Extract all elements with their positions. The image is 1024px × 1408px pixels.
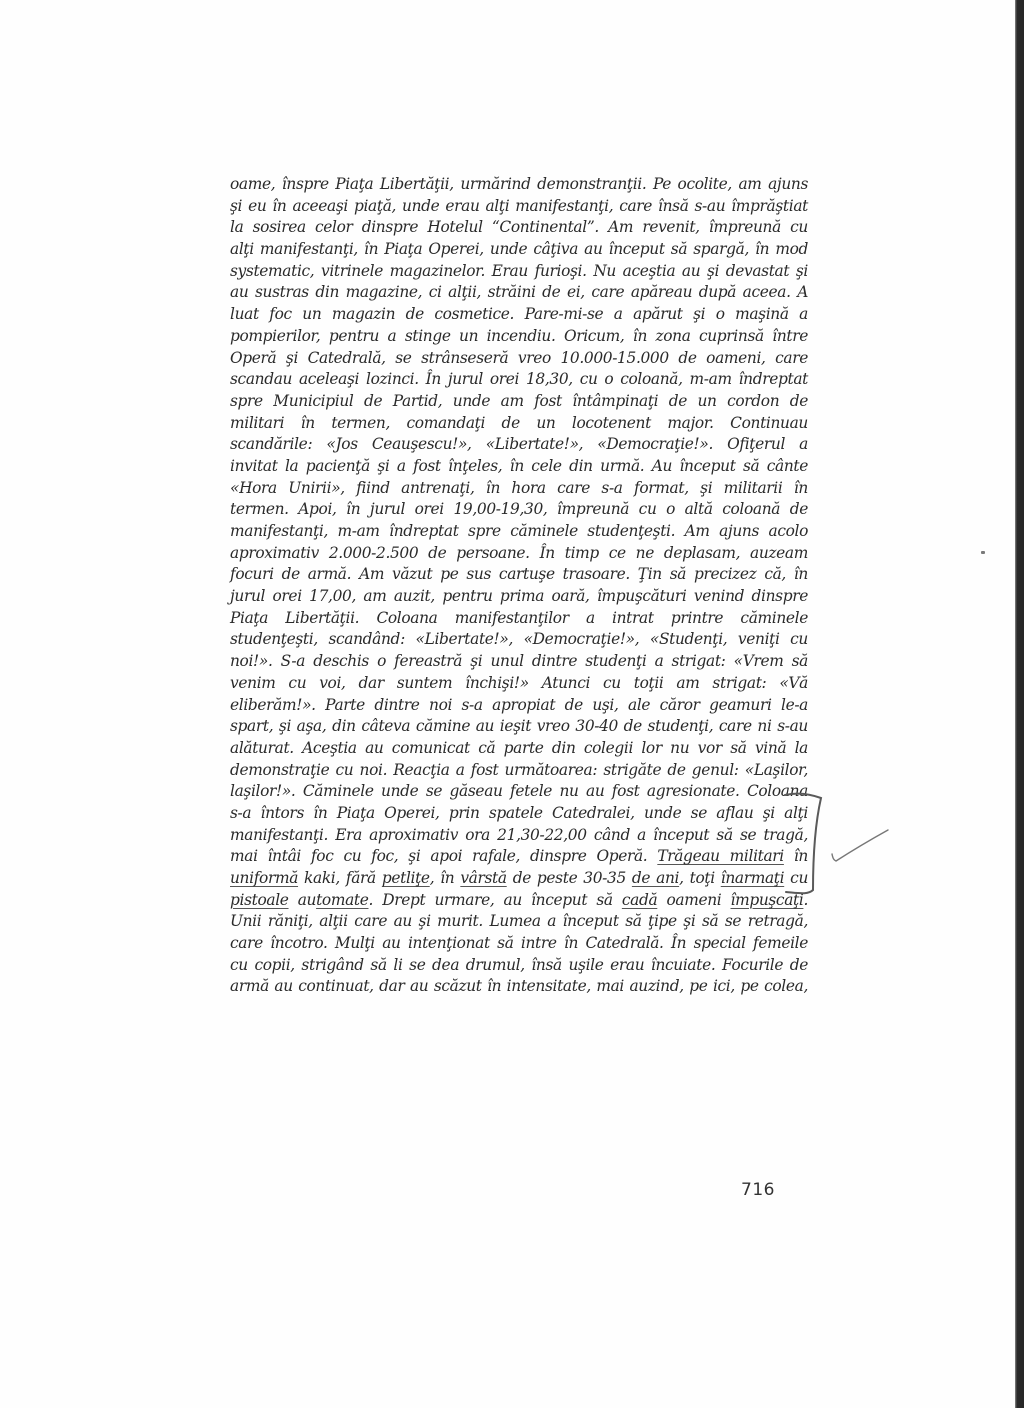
text-line: venim cu voi, dar suntem închişi!» Atunc…: [230, 673, 808, 695]
text-line: studenţeşti, scandând: «Libertate!», «De…: [230, 629, 808, 651]
handwritten-underline: petliţe: [382, 869, 430, 887]
text-line: oame, înspre Piaţa Libertăţii, urmărind …: [230, 174, 808, 196]
text-line: alăturat. Aceştia au comunicat că parte …: [230, 738, 808, 760]
handwritten-checkmark-icon: [832, 830, 888, 861]
text-line: focuri de armă. Am văzut pe sus cartuşe …: [230, 564, 808, 586]
text-line: «Hora Unirii», fiind antrenaţi, în hora …: [230, 478, 808, 500]
text-line: luat foc un magazin de cosmetice. Pare-m…: [230, 304, 808, 326]
text-line: care încotro. Mulţi au intenţionat să in…: [230, 933, 808, 955]
handwritten-underline: înarmaţi: [721, 869, 784, 887]
text-line: la sosirea celor dinspre Hotelul “Contin…: [230, 217, 808, 239]
handwritten-underline: vârstă: [460, 869, 506, 887]
text-line: manifestanţi. Era aproximativ ora 21,30-…: [230, 825, 808, 847]
handwritten-underline: Trăgeau militari: [657, 847, 784, 865]
handwritten-underline: de ani: [632, 869, 679, 887]
text-line: termen. Apoi, în jurul orei 19,00-19,30,…: [230, 499, 808, 521]
text-line: noi!». S-a deschis o fereastră şi unul d…: [230, 651, 808, 673]
text-line: cu copii, strigând să li se dea drumul, …: [230, 955, 808, 977]
text-line: pompierilor, pentru a stinge un incendiu…: [230, 326, 808, 348]
handwritten-underline: cadă: [622, 891, 657, 909]
text-line: systematic, vitrinele magazinelor. Erau …: [230, 261, 808, 283]
text-line: jurul orei 17,00, am auzit, pentru prima…: [230, 586, 808, 608]
text-line: scandau aceleaşi lozinci. În jurul orei …: [230, 369, 808, 391]
handwritten-underline: tomate: [316, 891, 368, 909]
text-line: au sustras din magazine, ci alţii, străi…: [230, 282, 808, 304]
text-line: s-a întors în Piaţa Operei, prin spatele…: [230, 803, 808, 825]
text-line: manifestanţi, m-am îndreptat spre cămine…: [230, 521, 808, 543]
handwritten-underline: pistoale: [230, 891, 289, 909]
scanned-page: oame, înspre Piaţa Libertăţii, urmărind …: [0, 0, 1015, 1408]
text-line: eliberăm!». Parte dintre noi s-a apropia…: [230, 695, 808, 717]
text-line: laşilor!». Căminele unde se găseau fetel…: [230, 781, 808, 803]
text-line: Unii răniţi, alţii care au şi murit. Lum…: [230, 911, 808, 933]
text-line: aproximativ 2.000-2.500 de persoane. În …: [230, 543, 808, 565]
scan-edge-border: [1015, 0, 1024, 1408]
text-line: alţi manifestanţi, în Piaţa Operei, unde…: [230, 239, 808, 261]
text-line-underlined: pistoale automate. Drept urmare, au înce…: [230, 890, 808, 912]
text-line: Piaţa Libertăţii. Coloana manifestanţilo…: [230, 608, 808, 630]
text-line-underlined: mai întâi foc cu foc, şi apoi rafale, di…: [230, 846, 808, 868]
handwritten-bracket-icon: [780, 780, 940, 920]
text-line: demonstraţie cu noi. Reacţia a fost urmă…: [230, 760, 808, 782]
text-line: militari în termen, comandaţi de un loco…: [230, 413, 808, 435]
text-line: scandările: «Jos Ceauşescu!», «Libertate…: [230, 434, 808, 456]
text-line: spart, şi aşa, din câteva cămine au ieşi…: [230, 716, 808, 738]
text-line: Operă şi Catedrală, se strânseseră vreo …: [230, 348, 808, 370]
text-line-underlined: uniformă kaki, fără petliţe, în vârstă d…: [230, 868, 808, 890]
text-line: armă au continuat, dar au scăzut în inte…: [230, 976, 808, 998]
text-line: şi eu în aceeaşi piaţă, unde erau alţi m…: [230, 196, 808, 218]
text-line: spre Municipiul de Partid, unde am fost …: [230, 391, 808, 413]
handwritten-underline: uniformă: [230, 869, 298, 887]
page-number: 716: [741, 1180, 775, 1200]
scan-speck: [981, 551, 985, 554]
body-text: oame, înspre Piaţa Libertăţii, urmărind …: [230, 174, 808, 998]
text-line: invitat la pacienţă şi a fost înţeles, î…: [230, 456, 808, 478]
